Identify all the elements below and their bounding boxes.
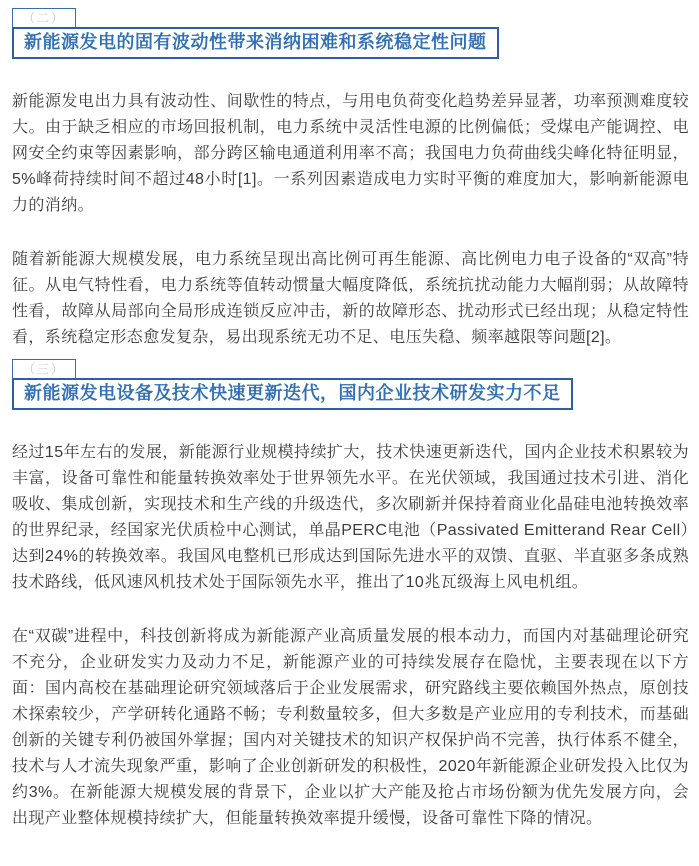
section-number-tab: （三） bbox=[12, 359, 76, 378]
paragraph: 新能源发电出力具有波动性、间歇性的特点，与用电负荷变化趋势差异显著，功率预测难度… bbox=[12, 89, 689, 219]
section-heading: 新能源发电的固有波动性带来消纳困难和系统稳定性问题 bbox=[12, 27, 499, 59]
section-three: （三） 新能源发电设备及技术快速更新迭代，国内企业技术研发实力不足 经过15年左… bbox=[12, 359, 689, 832]
section-two: （二） 新能源发电的固有波动性带来消纳困难和系统稳定性问题 新能源发电出力具有波… bbox=[12, 8, 689, 351]
section-heading: 新能源发电设备及技术快速更新迭代，国内企业技术研发实力不足 bbox=[12, 378, 573, 410]
paragraph: 经过15年左右的发展，新能源行业规模持续扩大，技术快速更新迭代，国内企业技术积累… bbox=[12, 440, 689, 596]
paragraph: 随着新能源大规模发展，电力系统呈现出高比例可再生能源、高比例电力电子设备的“双高… bbox=[12, 247, 689, 351]
document-page: （二） 新能源发电的固有波动性带来消纳困难和系统稳定性问题 新能源发电出力具有波… bbox=[0, 0, 699, 866]
paragraph: 在“双碳”进程中，科技创新将成为新能源产业高质量发展的根本动力，而国内对基础理论… bbox=[12, 624, 689, 832]
section-number-tab: （二） bbox=[12, 8, 76, 27]
